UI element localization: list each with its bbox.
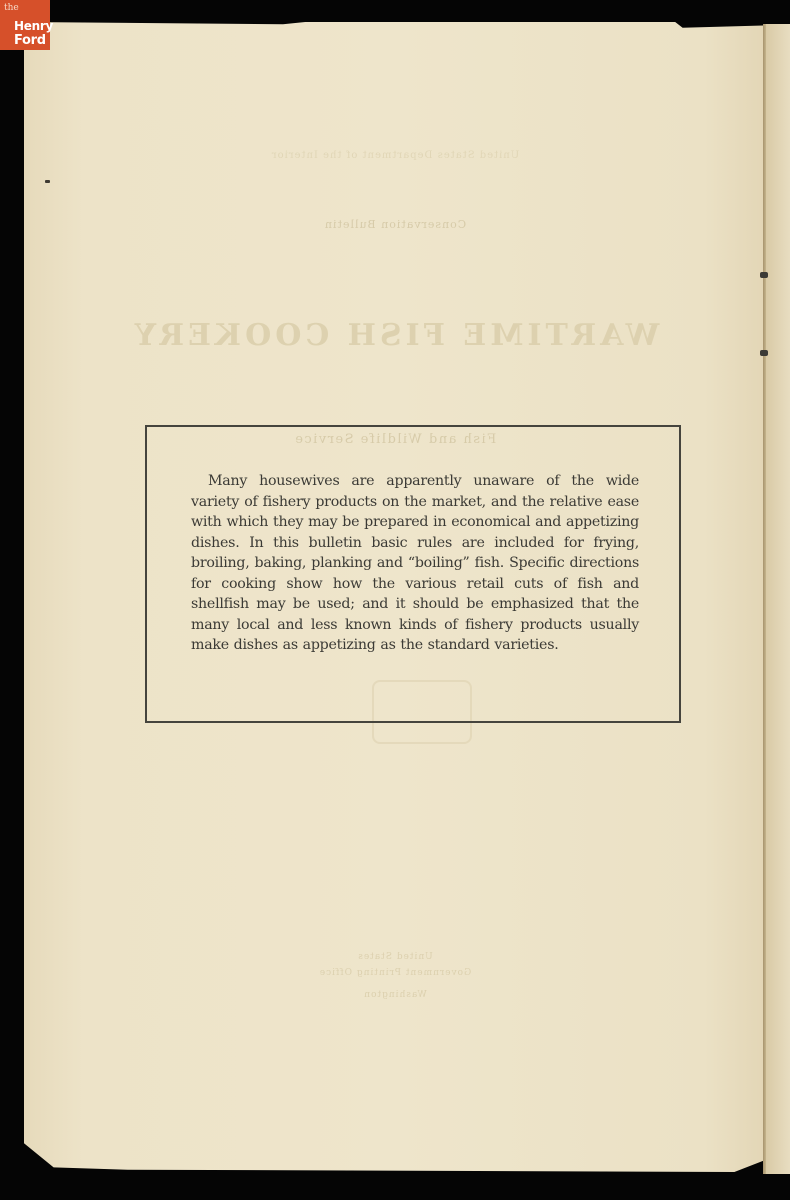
staple-mark-icon: [760, 350, 768, 356]
bordered-summary-box: Many housewives are apparently unaware o…: [145, 425, 681, 723]
henry-ford-logo: the Henry Ford: [0, 0, 50, 50]
logo-the: the: [4, 4, 19, 13]
summary-paragraph: Many housewives are apparently unaware o…: [191, 471, 639, 656]
logo-henry: Henry: [14, 20, 53, 32]
logo-ford: Ford: [14, 34, 46, 47]
paper-speck: [45, 180, 50, 183]
staple-mark-icon: [760, 272, 768, 278]
facing-page-edge: [766, 24, 790, 1174]
